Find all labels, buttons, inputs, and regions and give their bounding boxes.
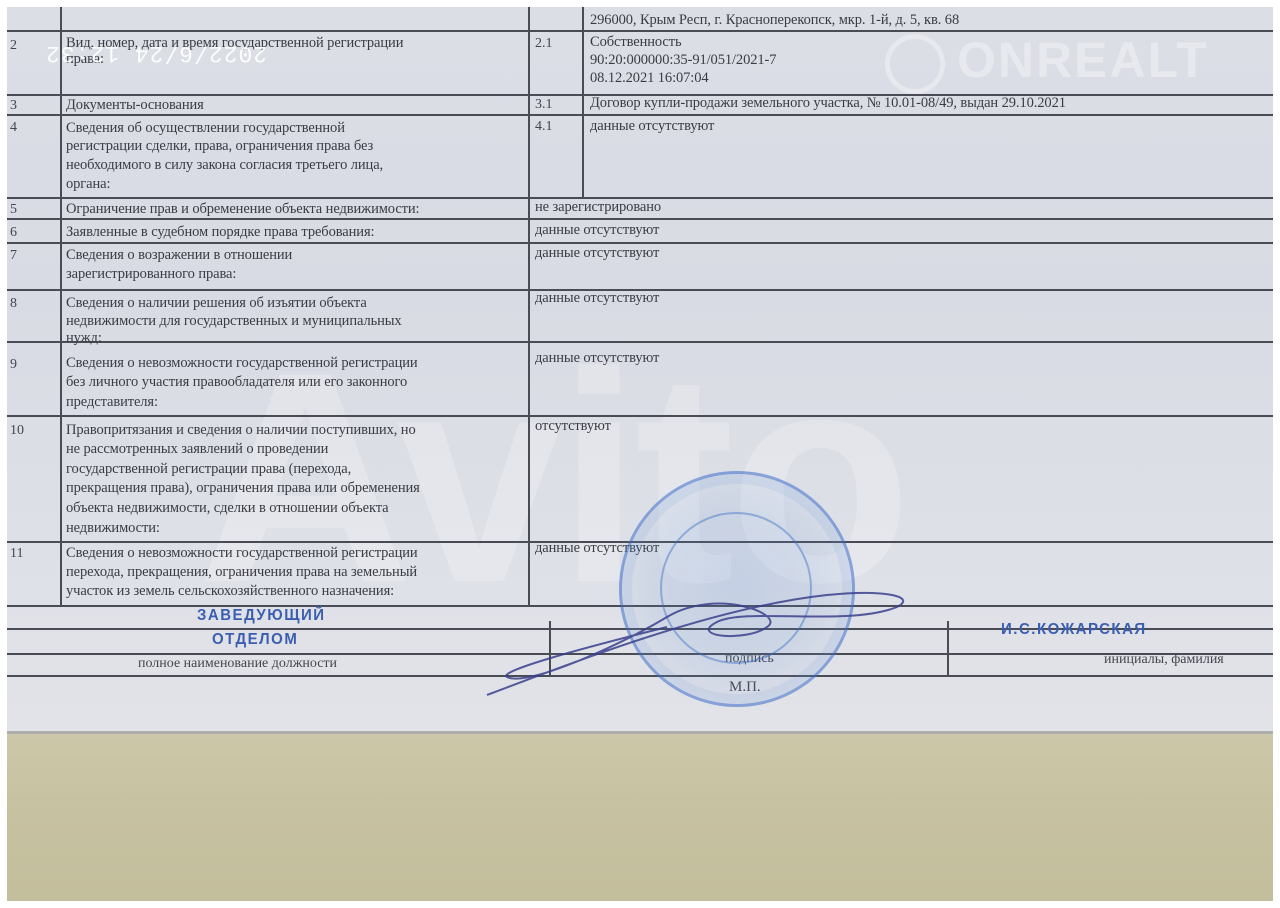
row-value: 90:20:000000:35-91/051/2021-7: [590, 52, 776, 69]
position-caption: полное наименование должности: [138, 656, 337, 672]
handwritten-signature: [467, 567, 927, 707]
row-number: 10: [10, 422, 24, 439]
row-label: недвижимости для государственных и муниц…: [66, 313, 402, 330]
row-label: прекращения права), ограничения права ил…: [66, 480, 420, 497]
row-number: 8: [10, 295, 17, 312]
row-label: нужд:: [66, 330, 102, 347]
row-label: Документы-основания: [66, 97, 204, 114]
row-number: 3: [10, 97, 17, 114]
row-label: Сведения об осуществлении государственно…: [66, 120, 345, 137]
row-value: данные отсутствуют: [535, 350, 659, 367]
signatory-name: И.С.КОЖАРСКАЯ: [1001, 621, 1147, 639]
row-label: необходимого в силу закона согласия трет…: [66, 157, 383, 174]
house-icon: [885, 34, 945, 94]
row-label: Сведения о наличии решения об изъятии об…: [66, 295, 367, 312]
row-subnumber: 4.1: [535, 118, 553, 135]
row-label: Сведения о возражении в отношении: [66, 247, 292, 264]
row-label: перехода, прекращения, ограничения права…: [66, 564, 417, 581]
row-label: государственной регистрации права (перех…: [66, 461, 351, 478]
camera-date-stamp: 2022/6/24 12:32: [45, 40, 267, 66]
address-value: 296000, Крым Респ, г. Красноперекопск, м…: [590, 12, 959, 29]
document-paper: ONREALT Avito 296000, Крым Респ, г. Крас…: [7, 7, 1273, 734]
row-label: без личного участия правообладателя или …: [66, 374, 407, 391]
row-label: представителя:: [66, 394, 158, 411]
row-subnumber: 2.1: [535, 35, 553, 52]
row-label: Заявленные в судебном порядке права треб…: [66, 224, 374, 241]
row-label: объекта недвижимости, сделки в отношении…: [66, 500, 388, 517]
row-value: данные отсутствуют: [590, 118, 714, 135]
row-label: участок из земель сельскохозяйственного …: [66, 583, 394, 600]
row-subnumber: 3.1: [535, 96, 553, 113]
row-label: зарегистрированного права:: [66, 266, 236, 283]
row-label: недвижимости:: [66, 520, 160, 537]
position-line2: ОТДЕЛОМ: [212, 631, 298, 649]
onrealt-watermark: ONREALT: [885, 31, 1209, 94]
row-number: 4: [10, 119, 17, 136]
row-number: 9: [10, 356, 17, 373]
row-value: не зарегистрировано: [535, 199, 661, 216]
row-value: Договор купли-продажи земельного участка…: [590, 95, 1066, 112]
row-number: 6: [10, 224, 17, 241]
row-label: Сведения о невозможности государственной…: [66, 545, 418, 562]
row-value: отсутствуют: [535, 418, 611, 435]
row-label: регистрации сделки, права, ограничения п…: [66, 138, 373, 155]
row-value: данные отсутствуют: [535, 222, 659, 239]
row-number: 5: [10, 201, 17, 218]
document-photo: ONREALT Avito 296000, Крым Респ, г. Крас…: [7, 7, 1273, 901]
row-label: органа:: [66, 176, 110, 193]
table-surface: [7, 734, 1273, 901]
row-label: Сведения о невозможности государственной…: [66, 355, 418, 372]
row-label: Правопритязания и сведения о наличии пос…: [66, 422, 416, 439]
name-caption: инициалы, фамилия: [1104, 652, 1224, 668]
row-number: 7: [10, 247, 17, 264]
row-label: не рассмотренных заявлений о проведении: [66, 441, 328, 458]
row-value: данные отсутствуют: [535, 290, 659, 307]
row-label: Ограничение прав и обременение объекта н…: [66, 201, 419, 218]
row-number: 2: [10, 37, 17, 54]
row-number: 11: [10, 545, 23, 562]
row-value: Собственность: [590, 34, 682, 51]
position-line1: ЗАВЕДУЮЩИЙ: [197, 607, 326, 625]
row-value: данные отсутствуют: [535, 245, 659, 262]
row-value: 08.12.2021 16:07:04: [590, 70, 709, 87]
